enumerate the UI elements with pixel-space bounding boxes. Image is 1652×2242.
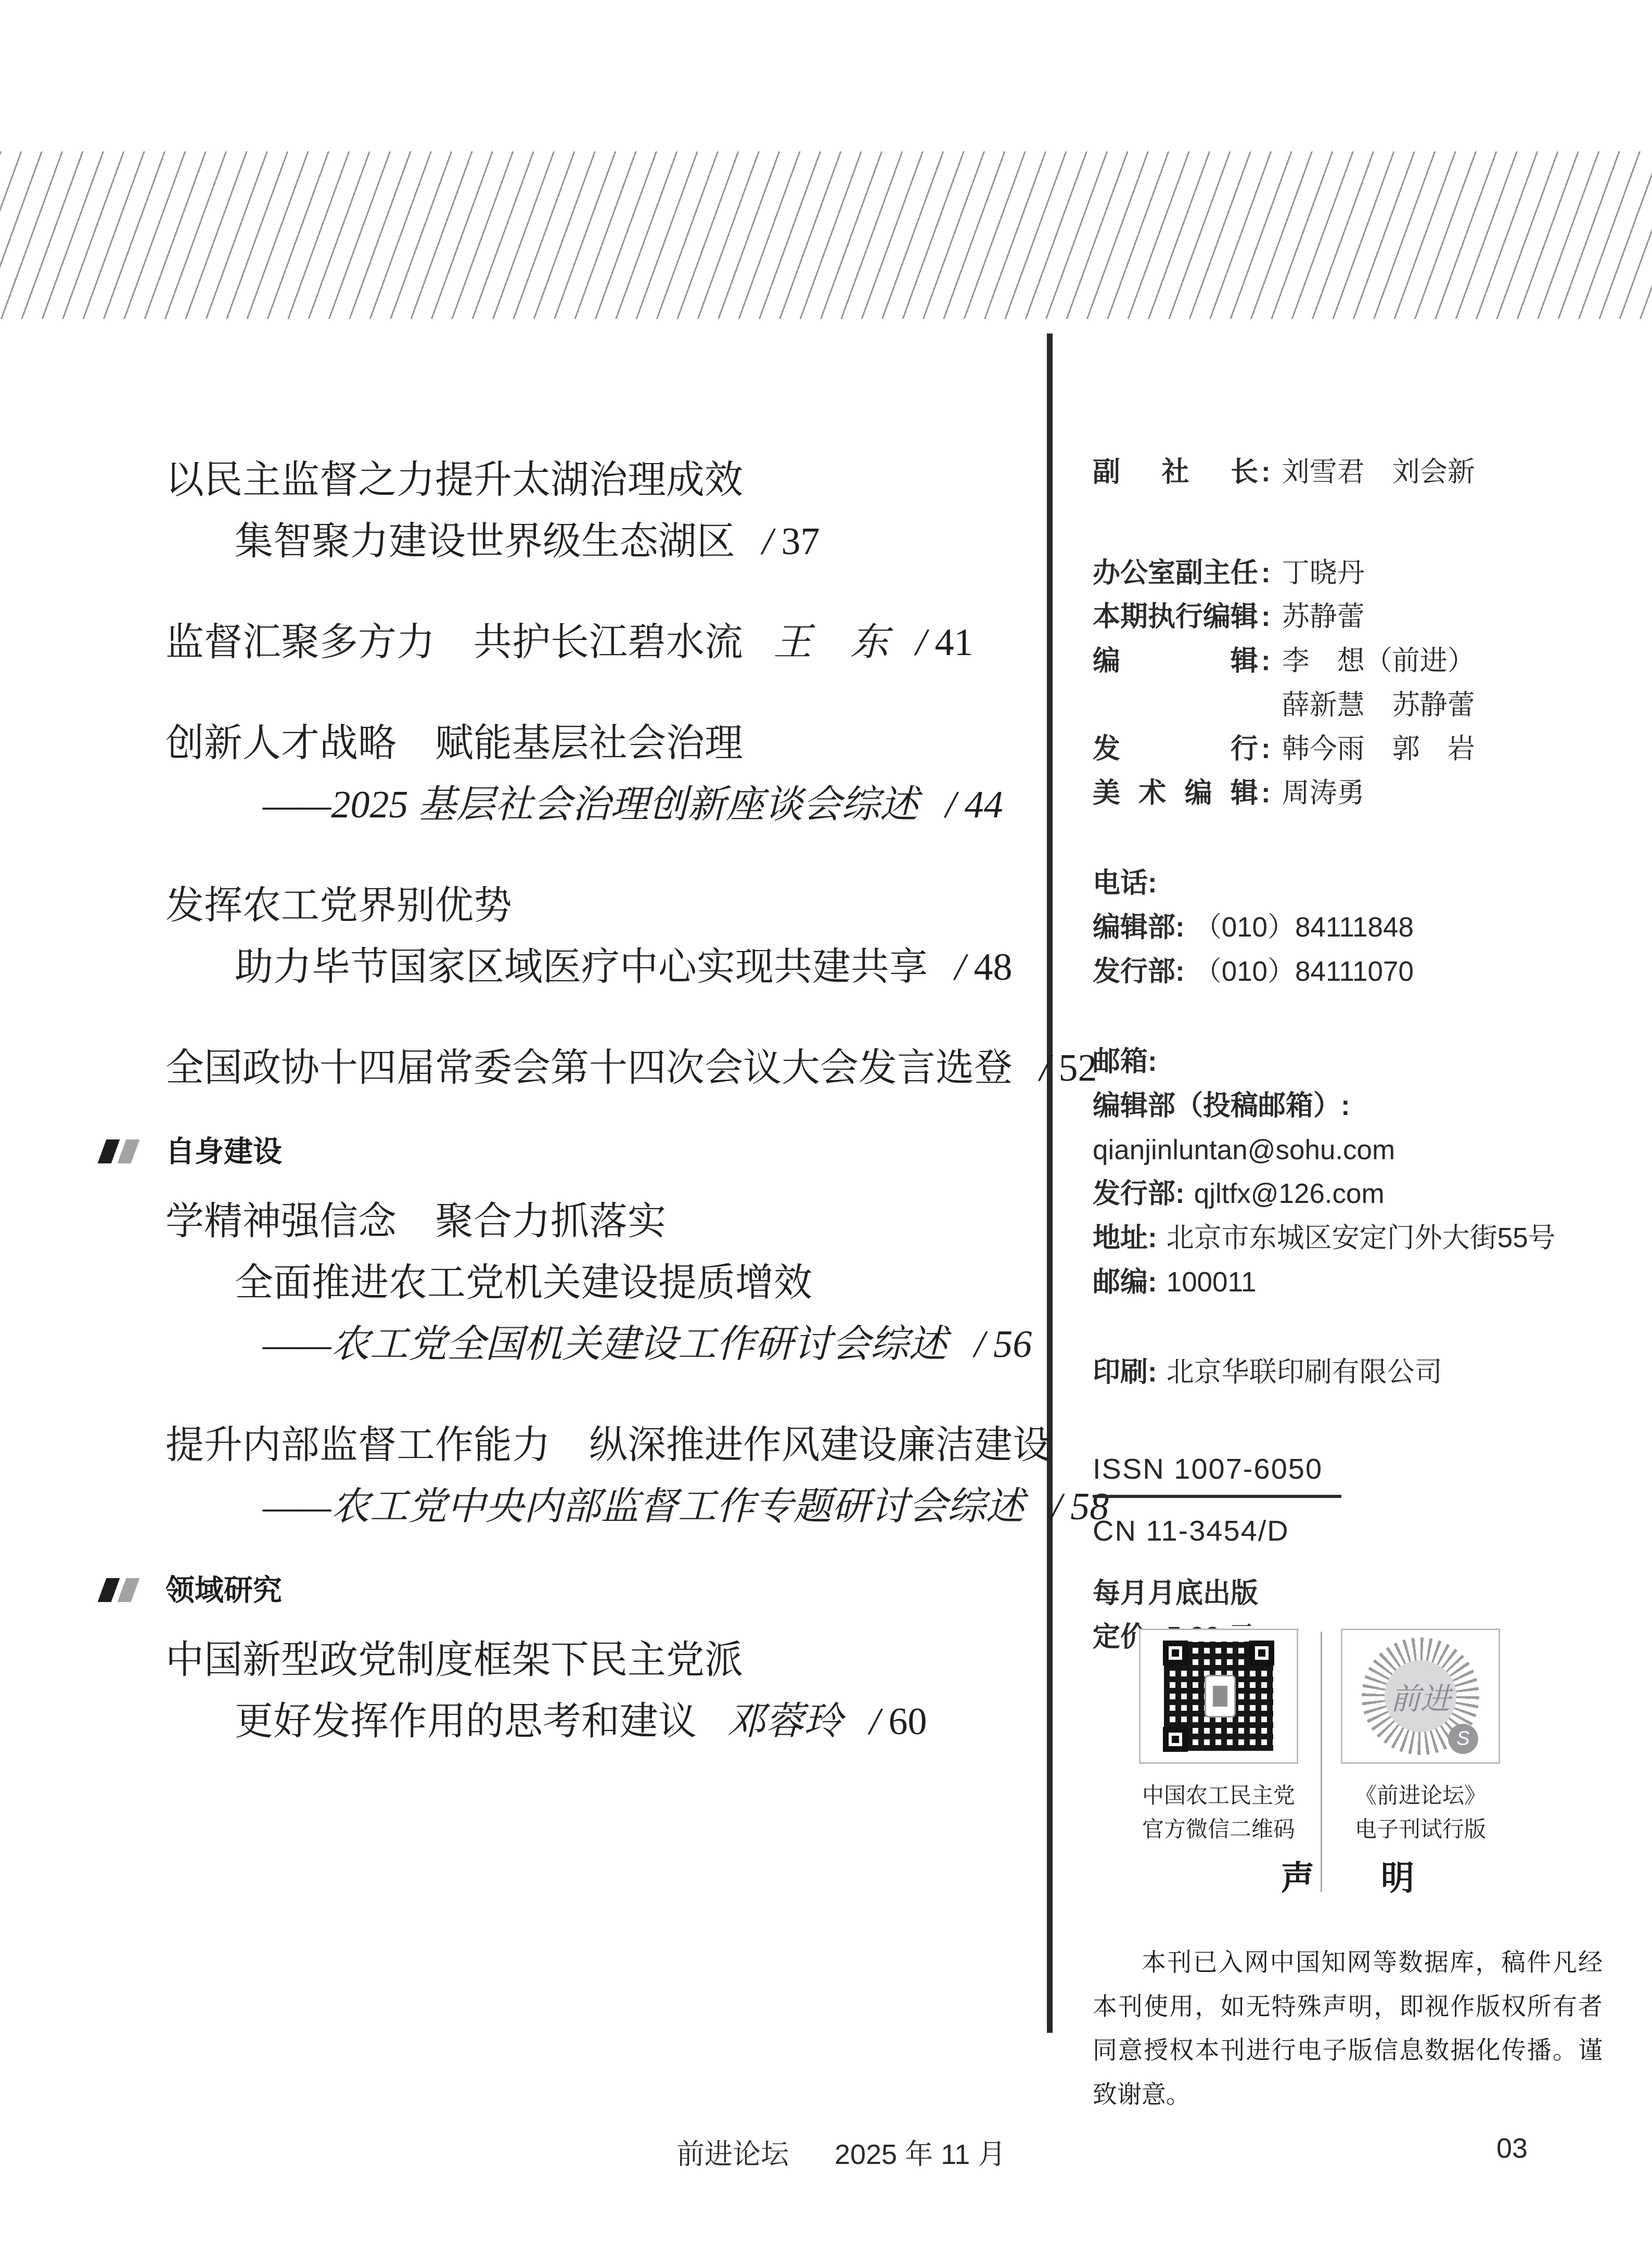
wechat-qr-box [1139,1629,1298,1764]
page-ref-slash: / [1052,1485,1062,1528]
toc-entry: 监督汇聚多方力 共护长江碧水流王 东/41 [165,623,1045,662]
issn-number: ISSN 1007-6050 [1093,1454,1341,1498]
masthead-value: 刘雪君 刘会新 [1282,458,1475,487]
article-title: 更好发挥作用的思考和建议 [235,1700,697,1743]
issn-block: ISSN 1007-6050 CN 11-3454/D [1093,1454,1618,1546]
section-header-label: 自身建设 [165,1137,282,1166]
masthead-label: 发行 [1093,735,1258,764]
toc-line: 提升内部监督工作能力 纵深推进作风建设廉洁建设 [165,1426,1045,1465]
page-ref-number: 37 [782,520,820,563]
page-ref-number: 44 [965,784,1003,826]
masthead-row: 发行:韩今雨 郭 岩 [1093,735,1618,764]
masthead-value: 李 想（前进） [1282,647,1475,676]
toc-line: 全面推进农工党机关建设提质增效 [165,1264,1045,1302]
masthead-contact-list: 电话:编辑部:（010）84111848发行部:（010）84111070邮箱:… [1093,869,1618,1387]
journal-title: 前进论坛 [676,2139,789,2170]
article-title: 全国政协十四届常委会第十四次会议大会发言选登 [165,1047,1013,1090]
article-title: 以民主监督之力提升太湖治理成效 [165,459,743,502]
page-ref: /37 [762,520,820,563]
contact-label: 发行部: [1093,1178,1185,1209]
contact-value: qianjinluntan@sohu.com [1093,1135,1395,1165]
wechat-qr-code-icon [1164,1642,1273,1751]
ejournal-qr-box: 前进 S [1341,1629,1500,1764]
article-title: 监督汇聚多方力 共护长江碧水流 [165,621,743,664]
magazine-toc-page: { "colors": { "text": "#221e1f", "hatch_… [0,0,1652,2242]
article-title: 集智聚力建设世界级生态湖区 [235,520,735,563]
qr-finder-icon [1249,1641,1274,1666]
masthead-value: 韩今雨 郭 岩 [1282,735,1475,764]
contact-line: 编辑部（投稿邮箱）: [1093,1092,1618,1121]
toc-line: 集智聚力建设世界级生态湖区/37 [165,522,1045,561]
publication-schedule: 每月月底出版 [1093,1579,1618,1608]
section-marker-icon [102,1139,135,1163]
hatch-band [0,151,1652,319]
contact-label: 编辑部（投稿邮箱）: [1093,1091,1350,1121]
page-ref-slash: / [1040,1047,1051,1090]
marker-bar-black [98,1578,120,1602]
toc-entry: 中国新型政党制度框架下民主党派更好发挥作用的思考和建议邓蓉玲/60 [165,1641,1045,1741]
contact-label: 电话: [1093,868,1157,899]
marker-bar-gray [118,1139,140,1163]
masthead-colon: : [1261,647,1271,676]
caption-line: 中国农工民主党 [1142,1778,1295,1812]
masthead: 副社长:刘雪君 刘会新办公室副主任:丁晓丹本期执行编辑:苏静蕾编辑:李 想（前进… [1093,458,1618,1652]
article-title: 学精神强信念 聚合力抓落实 [165,1200,666,1243]
toc-line: 以民主监督之力提升太湖治理成效 [165,461,1045,499]
contact-value: （010）84111848 [1194,912,1414,943]
qr-finder-icon [1163,1727,1188,1752]
page-ref: /56 [975,1323,1032,1366]
toc-line: ——农工党全国机关建设工作研讨会综述/56 [165,1325,1045,1364]
masthead-value: 周涛勇 [1282,779,1365,808]
masthead-label: 编辑 [1093,647,1258,676]
article-title: ——2025 基层社会治理创新座谈会综述 [263,784,918,826]
article-author: 邓蓉玲 [727,1700,842,1743]
masthead-row: 占:薛新慧 苏静蕾 [1093,691,1618,720]
masthead-row: 本期执行编辑:苏静蕾 [1093,603,1618,632]
caption-line: 《前进论坛》 [1355,1778,1486,1812]
marker-bar-black [98,1139,120,1163]
page-ref-slash: / [916,621,927,664]
masthead-row: 副社长:刘雪君 刘会新 [1093,458,1618,487]
miniprogram-center-text: 前进 [1385,1660,1456,1732]
masthead-row: 办公室副主任:丁晓丹 [1093,559,1618,588]
page-ref-slash: / [955,946,966,989]
wechat-qr-caption: 中国农工民主党官方微信二维码 [1142,1778,1295,1846]
masthead-label: 办公室副主任 [1093,559,1258,588]
issue-date: 2025 年 11 月 [835,2139,1006,2170]
page-footer: 前进论坛2025 年 11 月 03 [0,2132,1652,2169]
masthead-colon: : [1261,779,1271,808]
toc-entry: 创新人才战略 赋能基层社会治理——2025 基层社会治理创新座谈会综述/44 [165,724,1045,824]
article-title: 助力毕节国家区域医疗中心实现共建共享 [235,946,928,989]
article-author: 王 东 [773,621,889,664]
article-title: 创新人才战略 赋能基层社会治理 [165,722,743,765]
masthead-label: 本期执行编辑 [1093,603,1258,632]
contact-value: 北京华联印刷有限公司 [1167,1357,1442,1388]
page-ref-number: 41 [935,621,974,664]
page-number: 03 [1496,2132,1528,2164]
contact-line: qianjinluntan@sohu.com [1093,1136,1618,1165]
section-marker-icon [102,1578,135,1602]
contact-label: 邮编: [1093,1267,1157,1298]
toc-entry: 提升内部监督工作能力 纵深推进作风建设廉洁建设——农工党中央内部监督工作专题研讨… [165,1426,1045,1526]
masthead-colon: : [1261,735,1271,764]
qr-finder-icon [1163,1641,1188,1666]
column-divider [1047,334,1053,2033]
toc-line: 发挥农工党界别优势 [165,887,1045,925]
page-ref: /52 [1040,1047,1097,1090]
table-of-contents: 以民主监督之力提升太湖治理成效集智聚力建设世界级生态湖区/37监督汇聚多方力 共… [165,461,1045,1741]
toc-entry: 发挥农工党界别优势助力毕节国家区域医疗中心实现共建共享/48 [165,887,1045,987]
marker-bar-gray [118,1578,140,1602]
qr-section: 中国农工民主党官方微信二维码 前进 S 《前进论坛》电子刊试行版 [1137,1629,1502,1846]
contact-value: 北京市东城区安定门外大街55号 [1167,1223,1556,1253]
masthead-value: 苏静蕾 [1282,603,1365,632]
page-ref-number: 60 [889,1700,927,1743]
toc-entry: 全国政协十四届常委会第十四次会议大会发言选登/52 [165,1049,1045,1087]
contact-line: 电话: [1093,869,1618,898]
contact-line: 发行部:（010）84111070 [1093,957,1618,987]
wechat-qr-column: 中国农工民主党官方微信二维码 [1137,1629,1300,1846]
toc-line: 全国政协十四届常委会第十四次会议大会发言选登/52 [165,1049,1045,1087]
caption-line: 电子刊试行版 [1355,1812,1486,1846]
toc-line: 创新人才战略 赋能基层社会治理 [165,724,1045,763]
article-title: ——农工党中央内部监督工作专题研讨会综述 [263,1485,1025,1528]
contact-label: 印刷: [1093,1357,1157,1388]
contact-label: 邮箱: [1093,1046,1157,1077]
toc-entry: 以民主监督之力提升太湖治理成效集智聚力建设世界级生态湖区/37 [165,461,1045,561]
masthead-colon: : [1261,559,1271,588]
contact-line: 地址:北京市东城区安定门外大街55号 [1093,1224,1618,1253]
masthead-value: 薛新慧 苏静蕾 [1282,691,1475,720]
page-ref-slash: / [975,1323,985,1366]
section-header-label: 领域研究 [165,1575,282,1605]
contact-line: 印刷:北京华联印刷有限公司 [1093,1358,1618,1387]
contact-line: 编辑部:（010）84111848 [1093,913,1618,942]
contact-label: 编辑部: [1093,912,1185,943]
page-ref-slash: / [945,784,956,826]
caption-line: 官方微信二维码 [1142,1812,1295,1846]
statement-block: 声 明 本刊已入网中国知网等数据库，稿件凡经本刊使用，如无特殊声明，即视作版权所… [1093,1851,1603,2117]
masthead-staff-list: 副社长:刘雪君 刘会新办公室副主任:丁晓丹本期执行编辑:苏静蕾编辑:李 想（前进… [1093,458,1618,808]
page-ref-number: 48 [974,946,1013,989]
toc-entry: 学精神强信念 聚合力抓落实全面推进农工党机关建设提质增效——农工党全国机关建设工… [165,1202,1045,1364]
cn-number: CN 11-3454/D [1093,1516,1618,1546]
contact-label: 发行部: [1093,956,1185,987]
toc-line: 学精神强信念 聚合力抓落实 [165,1202,1045,1241]
contact-value: （010）84111070 [1194,956,1414,987]
statement-body: 本刊已入网中国知网等数据库，稿件凡经本刊使用，如无特殊声明，即视作版权所有者同意… [1093,1941,1603,2117]
page-ref: /41 [916,621,974,664]
page-ref-slash: / [869,1700,880,1743]
article-title: 发挥农工党界别优势 [165,885,512,927]
contact-value: qjltfx@126.com [1194,1178,1385,1209]
article-title: 全面推进农工党机关建设提质增效 [235,1262,812,1304]
toc-line: 中国新型政党制度框架下民主党派 [165,1641,1045,1680]
toc-line: ——农工党中央内部监督工作专题研讨会综述/58 [165,1488,1045,1526]
page-ref-slash: / [762,520,773,563]
article-title: ——农工党全国机关建设工作研讨会综述 [263,1323,947,1366]
ejournal-qr-column: 前进 S 《前进论坛》电子刊试行版 [1339,1629,1502,1846]
toc-line: 更好发挥作用的思考和建议邓蓉玲/60 [165,1702,1045,1741]
contact-label: 地址: [1093,1223,1157,1253]
article-title: 提升内部监督工作能力 纵深推进作风建设廉洁建设 [165,1424,1051,1467]
footer-journal-line: 前进论坛2025 年 11 月 [676,2132,1006,2172]
masthead-label: 副社长 [1093,458,1258,487]
miniprogram-badge-icon: S [1448,1724,1478,1754]
section-header: 领域研究 [102,1575,1045,1605]
masthead-colon: : [1261,458,1271,487]
ejournal-qr-caption: 《前进论坛》电子刊试行版 [1355,1778,1486,1846]
contact-line: 邮箱: [1093,1047,1618,1077]
miniprogram-code-icon: 前进 S [1362,1637,1479,1755]
page-ref-number: 56 [993,1323,1032,1366]
contact-value: 100011 [1167,1267,1257,1298]
statement-title: 声 明 [1093,1851,1603,1899]
qr-center-logo-icon [1205,1675,1236,1718]
page-ref: /60 [869,1700,927,1743]
contact-line: 邮编:100011 [1093,1268,1618,1297]
masthead-colon: : [1261,603,1271,632]
toc-line: 助力毕节国家区域医疗中心实现共建共享/48 [165,948,1045,987]
masthead-label: 美术编辑 [1093,779,1258,808]
masthead-value: 丁晓丹 [1282,559,1365,588]
page-ref-number: 52 [1059,1047,1097,1090]
section-header: 自身建设 [102,1137,1045,1166]
masthead-row: 美术编辑:周涛勇 [1093,779,1618,808]
toc-line: ——2025 基层社会治理创新座谈会综述/44 [165,786,1045,824]
contact-line: 发行部:qjltfx@126.com [1093,1180,1618,1209]
toc-line: 监督汇聚多方力 共护长江碧水流王 东/41 [165,623,1045,662]
article-title: 中国新型政党制度框架下民主党派 [165,1639,743,1682]
masthead-row: 编辑:李 想（前进） [1093,647,1618,676]
page-ref: /48 [955,946,1013,989]
page-ref: /44 [945,784,1003,826]
